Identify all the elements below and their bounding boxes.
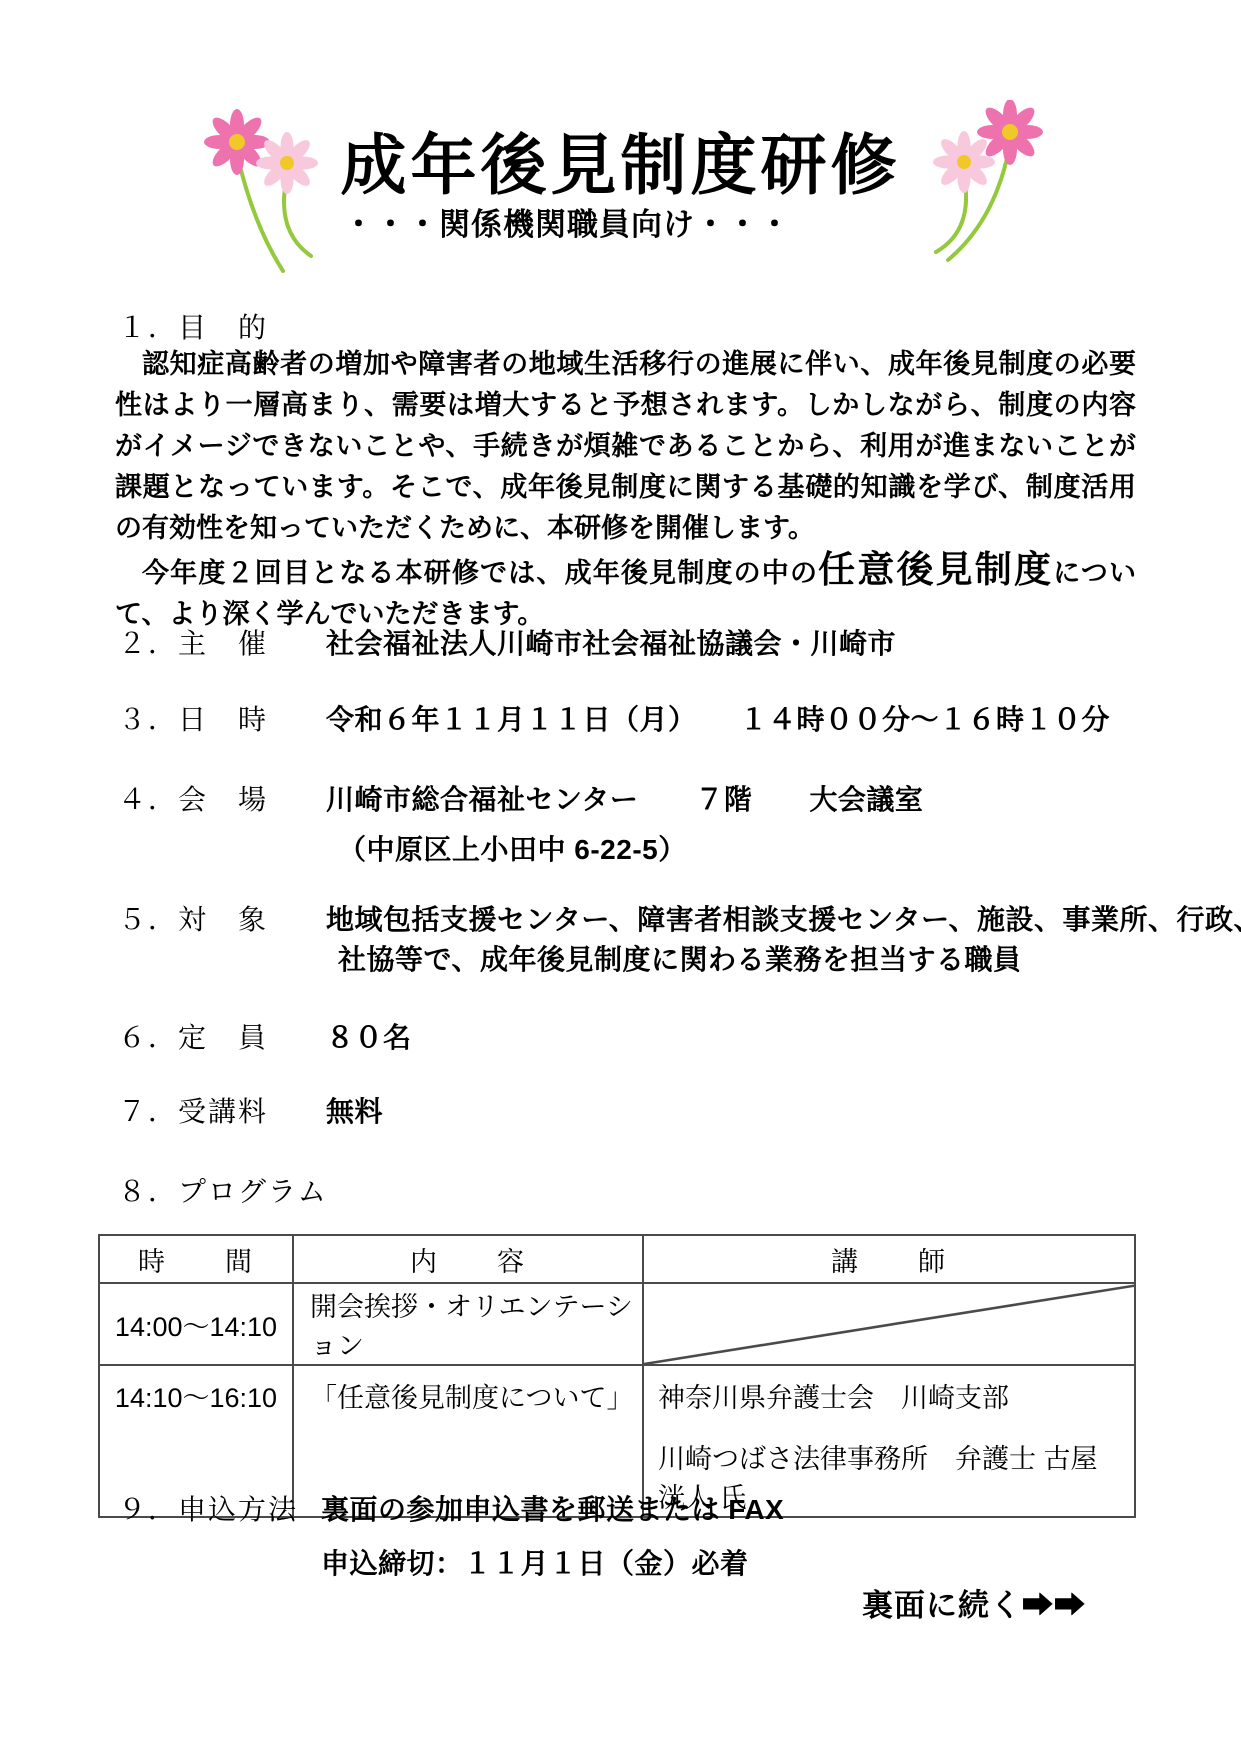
fee-label: ７．受講料 bbox=[118, 1090, 268, 1130]
application-method: 裏面の参加申込書を郵送または FAX bbox=[321, 1488, 784, 1528]
venue-label: ４．会 場 bbox=[118, 778, 268, 818]
continue-note: 裏面に続く➡➡ bbox=[862, 1580, 1086, 1625]
organizer-value: 社会福祉法人川崎市社会福祉協議会・川崎市 bbox=[326, 622, 896, 662]
training-title: 成年後見制度研修 bbox=[0, 112, 1241, 207]
program-row-1-content: 開会挨拶・オリエンテーション bbox=[293, 1283, 643, 1365]
lecturer-organization: 神奈川県弁護士会 川崎支部 bbox=[658, 1376, 1133, 1415]
datetime-label: ３．日 時 bbox=[118, 698, 268, 738]
program-row-1-lecturer-empty bbox=[643, 1283, 1135, 1365]
diagonal-strikethrough bbox=[644, 1284, 1134, 1364]
purpose-heading: １．目 的 bbox=[118, 306, 268, 346]
purpose-paragraph-2-before: 今年度２回目となる本研修では、成年後見制度の中の bbox=[142, 558, 818, 588]
capacity-label: ６．定 員 bbox=[118, 1016, 268, 1056]
datetime-value: 令和６年１１月１１日（月） １４時００分～１６時１０分 bbox=[326, 698, 1110, 738]
application-deadline: 申込締切：１１月１日（金）必着 bbox=[321, 1542, 749, 1582]
venue-value: 川崎市総合福祉センター ７階 大会議室 bbox=[326, 778, 923, 818]
audience-label: ５．対 象 bbox=[118, 898, 268, 938]
purpose-paragraph-1: 認知症高齢者の増加や障害者の地域生活移行の進展に伴い、成年後見制度の必要性はより… bbox=[115, 344, 1136, 549]
program-header-row: 時 間 内 容 講 師 bbox=[99, 1235, 1135, 1283]
capacity-value: ８０名 bbox=[326, 1016, 412, 1056]
program-heading: ８．プログラム bbox=[118, 1170, 328, 1210]
training-subtitle: ・・・関係機関職員向け・・・ bbox=[0, 199, 1134, 244]
audience-value-line2: 社協等で、成年後見制度に関わる業務を担当する職員 bbox=[338, 938, 1021, 978]
application-label: ９．申込方法 bbox=[118, 1488, 298, 1528]
purpose-body: 認知症高齢者の増加や障害者の地域生活移行の進展に伴い、成年後見制度の必要性はより… bbox=[115, 344, 1136, 635]
organizer-label: ２．主 催 bbox=[118, 622, 268, 662]
flyer-page: 成年後見制度研修 ・・・関係機関職員向け・・・ １．目 的 認知症高齢者の増加や… bbox=[0, 0, 1241, 1755]
fee-value: 無料 bbox=[326, 1090, 383, 1130]
program-row-1-time: 14:00～14:10 bbox=[99, 1283, 293, 1365]
table-header-time: 時 間 bbox=[99, 1235, 293, 1283]
program-row-1: 14:00～14:10 開会挨拶・オリエンテーション bbox=[99, 1283, 1135, 1365]
table-header-lecturer: 講 師 bbox=[643, 1235, 1135, 1283]
audience-value-line1: 地域包括支援センター、障害者相談支援センター、施設、事業所、行政、 bbox=[326, 898, 1241, 938]
purpose-emphasis: 任意後見制度 bbox=[818, 549, 1053, 590]
program-table: 時 間 内 容 講 師 14:00～14:10 開会挨拶・オリエンテーション 1… bbox=[98, 1234, 1136, 1518]
venue-address: （中原区上小田中 6-22-5） bbox=[338, 828, 687, 868]
table-header-content: 内 容 bbox=[293, 1235, 643, 1283]
